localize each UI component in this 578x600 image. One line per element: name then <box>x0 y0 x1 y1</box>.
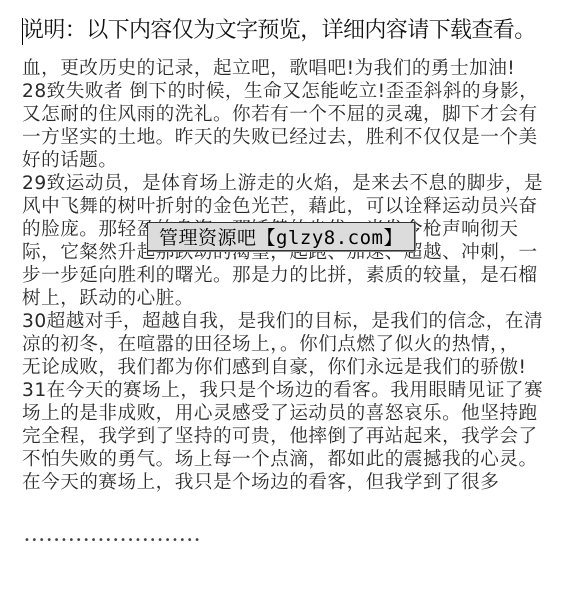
text-line: 又怎耐的住风雨的洗礼。你若有一个不屈的灵魂，脚下才会有 <box>22 103 544 126</box>
text-line: 31在今天的赛场上，我只是个场边的看客。我用眼睛见证了赛 <box>22 379 544 402</box>
text-line: 29致运动员，是体育场上游走的火焰，是来去不息的脚步，是 <box>22 172 544 195</box>
text-line: 树上，跃动的心脏。 <box>22 287 544 310</box>
text-line: 场上的是非成败，用心灵感受了运动员的喜怒哀乐。他坚持跑 <box>22 402 544 425</box>
text-line: 好的话题。 <box>22 149 544 172</box>
text-line: 一方坚实的土地。昨天的失败已经过去，胜利不仅仅是一个美 <box>22 126 544 149</box>
text-line: 风中飞舞的树叶折射的金色光芒，藉此，可以诠释运动员兴奋 <box>22 195 544 218</box>
document-body: 血，更改历史的记录，起立吧，歌唱吧!为我们的勇士加油! 28致失败者 倒下的时候… <box>22 57 544 494</box>
text-line: 步一步延向胜利的曙光。那是力的比拼，素质的较量，是石榴 <box>22 264 544 287</box>
text-line: 无论成败，我们都为你们感到自豪，你们永远是我们的骄傲! <box>22 356 544 379</box>
preview-notice: 说明：以下内容仅为文字预览，详细内容请下载查看。 <box>22 16 536 46</box>
text-line: 凉的初冬，在喧嚣的田径场上，。你们点燃了似火的热情，， <box>22 333 544 356</box>
continuation-ellipsis: •••••••••••••••••••••••• <box>24 536 202 546</box>
text-line: 血，更改历史的记录，起立吧，歌唱吧!为我们的勇士加油! <box>22 57 544 80</box>
text-line: 不怕失败的勇气。场上每一个点滴，都如此的震撼我的心灵。 <box>22 448 544 471</box>
text-line: 在今天的赛场上，我只是个场边的看客，但我学到了很多 <box>22 471 544 494</box>
text-line: 30超越对手，超越自我，是我们的目标，是我们的信念，在清 <box>22 310 544 333</box>
watermark-banner: 管理资源吧【glzy8.com】 <box>147 222 415 251</box>
text-line: 28致失败者 倒下的时候，生命又怎能屹立!歪歪斜斜的身影， <box>22 80 544 103</box>
text-line: 完全程，我学到了坚持的可贵，他摔倒了再站起来，我学会了 <box>22 425 544 448</box>
